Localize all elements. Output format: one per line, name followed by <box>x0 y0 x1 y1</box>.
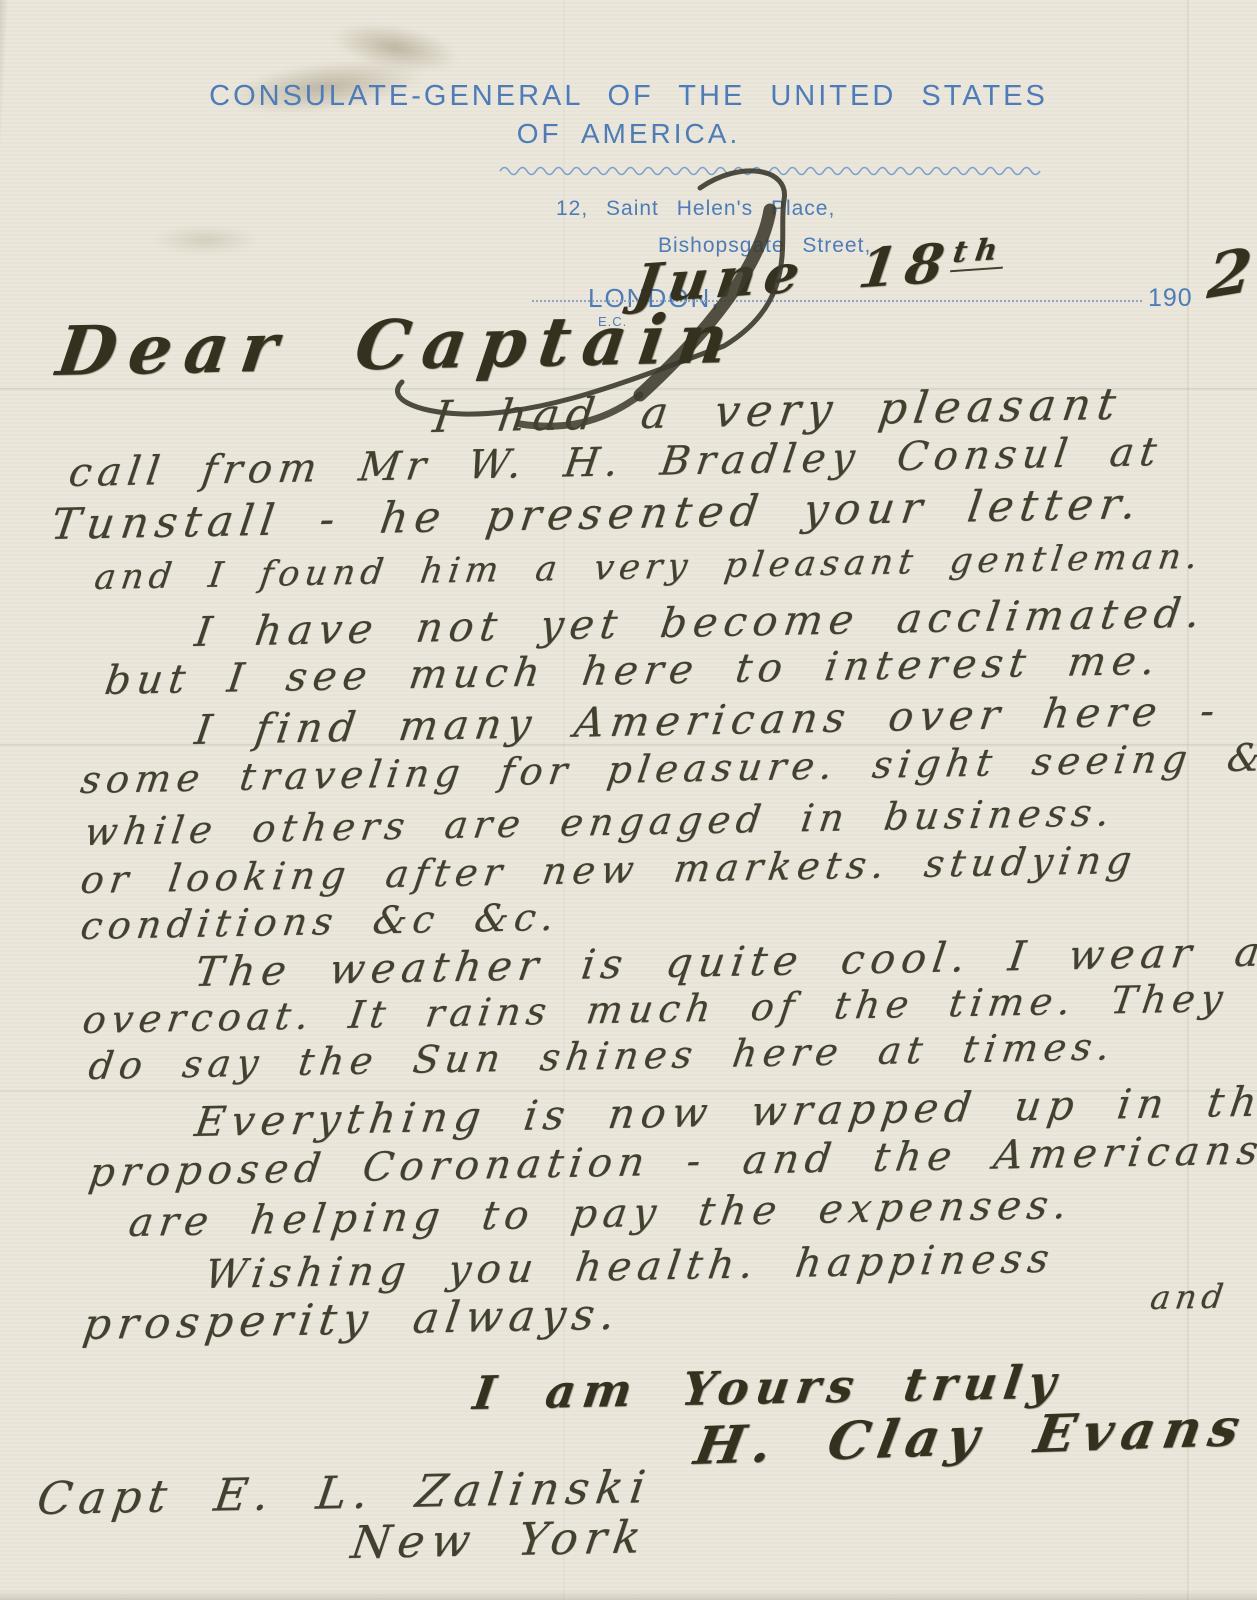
handwritten-line: conditions &c &c. <box>78 895 562 948</box>
salutation: Dear Captain <box>52 299 745 392</box>
wavy-divider <box>498 164 1043 176</box>
handwritten-line: and I found him a very pleasant gentlema… <box>92 537 1205 598</box>
addressee-city: New York <box>348 1510 651 1569</box>
handwritten-line: prosperity always. <box>80 1290 624 1350</box>
letterhead-year-prefix: 190 <box>1148 284 1193 313</box>
handwritten-year-digit: 2 <box>1205 232 1257 313</box>
fold-crease-vertical <box>1187 0 1191 1600</box>
ink-smudge <box>327 14 463 81</box>
handwritten-line: Wishing you health. happiness <box>202 1236 1058 1298</box>
letterhead-title-line1: CONSULATE-GENERAL OF THE UNITED STATES <box>0 80 1257 113</box>
handwritten-word-and: and <box>1148 1277 1231 1317</box>
letterhead-title-line2: OF AMERICA. <box>0 118 1257 150</box>
ink-smudge <box>150 225 260 255</box>
date-suffix: th <box>950 232 1007 273</box>
letterhead-address-line1: 12, Saint Helen's Place, <box>556 197 835 221</box>
letter-page: CONSULATE-GENERAL OF THE UNITED STATES O… <box>0 0 1257 1600</box>
